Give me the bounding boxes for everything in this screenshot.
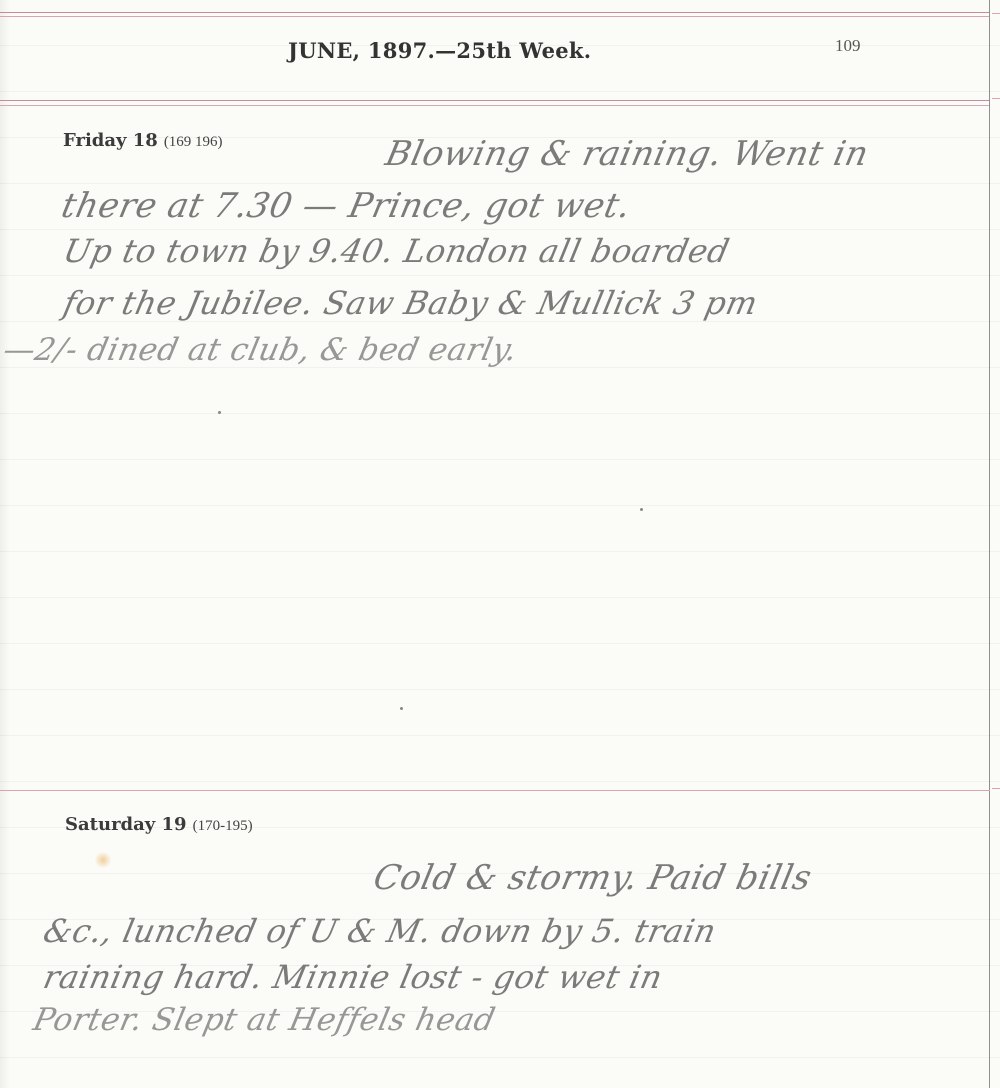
day-count: (169 196) bbox=[164, 134, 223, 150]
day-name: Friday 18 bbox=[63, 130, 158, 151]
handwriting-line: Cold & stormy. Paid bills bbox=[370, 858, 815, 898]
day-divider-stub bbox=[992, 788, 1000, 789]
handwriting-line: &c., lunched of U & M. down by 5. train bbox=[40, 912, 720, 950]
header-rule bbox=[0, 100, 990, 101]
header-rule-inner bbox=[0, 105, 990, 106]
day-divider-rule bbox=[0, 790, 990, 791]
handwriting-line: Blowing & raining. Went in bbox=[382, 134, 872, 174]
paper-stain bbox=[95, 852, 111, 868]
day-name: Saturday 19 bbox=[65, 814, 187, 835]
page-number: 109 bbox=[835, 36, 861, 56]
handwriting-line: there at 7.30 — Prince, got wet. bbox=[58, 186, 635, 226]
top-rule-stub bbox=[992, 13, 1000, 14]
day-label-saturday: Saturday 19(170-195) bbox=[65, 814, 253, 835]
handwriting-line: raining hard. Minnie lost - got wet in bbox=[40, 958, 666, 996]
ink-speck bbox=[640, 508, 643, 511]
top-rule-inner bbox=[0, 16, 990, 17]
ink-speck bbox=[400, 707, 403, 710]
ink-speck bbox=[218, 411, 221, 414]
margin-line bbox=[989, 0, 990, 1088]
handwriting-line: for the Jubilee. Saw Baby & Mullick 3 pm bbox=[60, 284, 761, 322]
handwriting-line: Up to town by 9.40. London all boarded bbox=[60, 232, 733, 270]
handwriting-line: —2/- dined at club, & bed early. bbox=[0, 332, 521, 368]
handwriting-line: Porter. Slept at Heffels head bbox=[30, 1002, 499, 1038]
day-count: (170-195) bbox=[193, 818, 253, 834]
day-label-friday: Friday 18(169 196) bbox=[63, 130, 223, 151]
diary-page: JUNE, 1897.—25th Week. 109 Friday 18(169… bbox=[0, 0, 1000, 1088]
header-rule-stub bbox=[992, 98, 1000, 99]
top-rule bbox=[0, 12, 990, 13]
page-title: JUNE, 1897.—25th Week. bbox=[288, 38, 591, 63]
